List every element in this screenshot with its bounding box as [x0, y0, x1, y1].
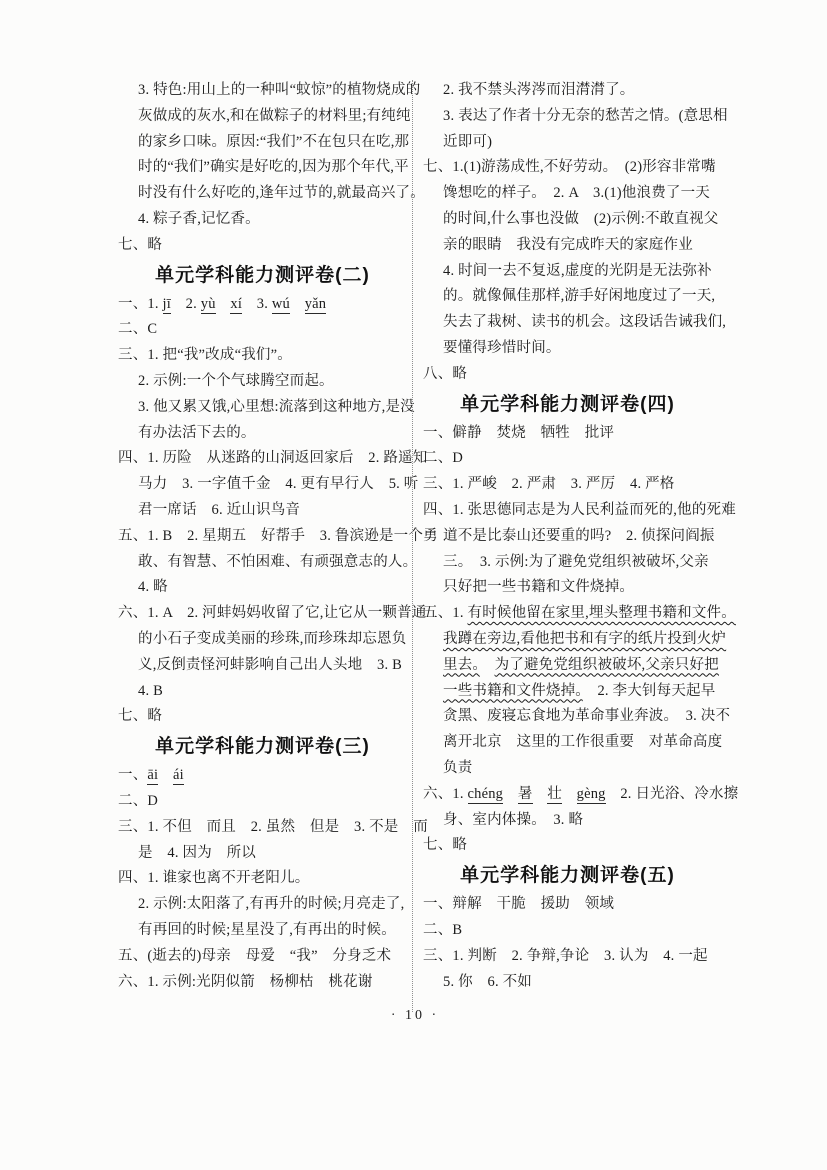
- underlined-answer: xí: [230, 296, 242, 314]
- answer-text: 一、僻静 焚烧 牺牲 批评: [423, 425, 614, 441]
- answer-line: 时的“我们”确实是好吃的,因为那个年代,平: [118, 155, 407, 181]
- answer-text: 只好把一些书籍和文件烧掉。: [443, 579, 634, 595]
- answer-text: 是 4. 因为 所以: [138, 845, 256, 861]
- answer-text: 二、C: [118, 321, 157, 337]
- answer-line: 一、僻静 焚烧 牺牲 批评: [423, 421, 712, 447]
- answer-text: 近即可): [443, 134, 492, 150]
- answer-line: 4. 略: [118, 575, 407, 601]
- underlined-answer: āi: [147, 767, 158, 785]
- page-content: 3. 特色:用山上的一种叫“蚊惊”的植物烧成的灰做成的灰水,和在做粽子的材料里;…: [118, 78, 712, 995]
- section-heading: 单元学科能力测评卷(四): [423, 388, 712, 421]
- answer-line: 我蹲在旁边,看他把书和有字的纸片投到火炉: [423, 627, 712, 653]
- answer-line: 3. 他又累又饿,心里想:流落到这种地方,是没: [118, 395, 407, 421]
- answer-line: 3. 特色:用山上的一种叫“蚊惊”的植物烧成的: [118, 78, 407, 104]
- underlined-answer: yǎn: [305, 296, 327, 314]
- answer-text: 马力 3. 一字值千金 4. 更有早行人 5. 听: [138, 476, 419, 492]
- underlined-answer: 里去。: [443, 657, 480, 673]
- answer-text: 离开北京 这里的工作很重要 对革命高度: [443, 734, 722, 750]
- answer-text: 灰做成的灰水,和在做粽子的材料里;有纯纯: [138, 108, 411, 124]
- answer-text: 有再回的时候;星星没了,有再出的时候。: [138, 922, 396, 938]
- answer-text: [480, 657, 495, 673]
- answer-line: 2. 我不禁头涔涔而泪潸潸了。: [423, 78, 712, 104]
- answer-line: 三、1. 判断 2. 争辩,争论 3. 认为 4. 一起: [423, 944, 712, 970]
- answer-text: 馋想吃的样子。 2. A 3.(1)他浪费了一天: [443, 185, 710, 201]
- answer-line: 三。 3. 示例:为了避免党组织被破坏,父亲: [423, 550, 712, 576]
- answer-line: 贪黑、废寝忘食地为革命事业奔波。 3. 决不: [423, 704, 712, 730]
- answer-line: 君一席话 6. 近山识鸟音: [118, 498, 407, 524]
- answer-text: 三、1. 把“我”改成“我们”。: [118, 347, 292, 363]
- answer-line: 有再回的时候;星星没了,有再出的时候。: [118, 918, 407, 944]
- answer-text: 一、1.: [118, 296, 163, 312]
- answer-text: 六、1. A 2. 河蚌妈妈收留了它,让它从一颗普通: [118, 605, 427, 621]
- answer-line: 一、1. jī 2. yù xí 3. wú yǎn: [118, 292, 407, 318]
- answer-text: 3. 表达了作者十分无奈的愁苦之情。(意思相: [443, 108, 728, 124]
- answer-text: 敢、有智慧、不怕困难、有顽强意志的人。: [138, 554, 417, 570]
- underlined-answer: 我蹲在旁边,看他把书和有字的纸片投到火炉: [443, 631, 726, 647]
- answer-text: 三、1. 不但 而且 2. 虽然 但是 3. 不是 而: [118, 819, 428, 835]
- section-heading: 单元学科能力测评卷(二): [118, 259, 407, 292]
- underlined-answer: 一些书籍和文件烧掉。: [443, 683, 583, 699]
- answer-line: 一、āi ái: [118, 763, 407, 789]
- answer-text: 的小石子变成美丽的珍珠,而珍珠却忘恩负: [138, 631, 406, 647]
- answer-line: 只好把一些书籍和文件烧掉。: [423, 575, 712, 601]
- section-heading: 单元学科能力测评卷(三): [118, 730, 407, 763]
- answer-text: 四、1. 历险 从迷路的山洞返回家后 2. 路遥知: [118, 450, 428, 466]
- underlined-answer: 暑: [518, 786, 533, 804]
- underlined-answer: chéng: [468, 786, 504, 804]
- answer-line: 的小石子变成美丽的珍珠,而珍珠却忘恩负: [118, 627, 407, 653]
- answer-line: 二、D: [118, 789, 407, 815]
- answer-text: 3.: [242, 296, 272, 312]
- answer-text: 一、: [118, 767, 147, 783]
- answer-text: 要懂得珍惜时间。: [443, 340, 561, 356]
- answer-line: 七、略: [118, 704, 407, 730]
- answer-text: 一、辩解 干脆 援助 领域: [423, 896, 614, 912]
- answer-line: 亲的眼睛 我没有完成昨天的家庭作业: [423, 233, 712, 259]
- answer-text: 时没有什么好吃的,逢年过节的,就最高兴了。: [138, 185, 425, 201]
- left-column: 3. 特色:用山上的一种叫“蚊惊”的植物烧成的灰做成的灰水,和在做粽子的材料里;…: [118, 78, 407, 995]
- answer-text: 四、1. 谁家也离不开老阳儿。: [118, 870, 310, 886]
- answer-line: 道不是比泰山还要重的吗? 2. 侦探问阎振: [423, 524, 712, 550]
- answer-line: 灰做成的灰水,和在做粽子的材料里;有纯纯: [118, 104, 407, 130]
- answer-text: 3. 他又累又饿,心里想:流落到这种地方,是没: [138, 399, 415, 415]
- answer-text: 五、(逝去的)母亲 母爱 “我” 分身乏术: [118, 948, 391, 964]
- answer-line: 有办法活下去的。: [118, 421, 407, 447]
- answer-line: 七、略: [423, 833, 712, 859]
- answer-text: 七、略: [118, 708, 162, 724]
- answer-text: 2. 示例:一个个气球腾空而起。: [138, 373, 334, 389]
- answer-line: 的时间,什么事也没做 (2)示例:不敢直视父: [423, 207, 712, 233]
- answer-text: 六、1. 示例:光阴似箭 杨柳枯 桃花谢: [118, 974, 373, 990]
- answer-text: 4. 粽子香,记忆香。: [138, 211, 260, 227]
- column-divider: [412, 80, 413, 1012]
- answer-line: 失去了栽树、读书的机会。这段话告诫我们,: [423, 310, 712, 336]
- right-column: 2. 我不禁头涔涔而泪潸潸了。3. 表达了作者十分无奈的愁苦之情。(意思相近即可…: [423, 78, 712, 995]
- answer-text: 2.: [171, 296, 201, 312]
- answer-text: 二、B: [423, 922, 462, 938]
- answer-text: 5. 你 6. 不如: [443, 974, 532, 990]
- answer-line: 五、1. 有时候他留在家里,埋头整理书籍和文件。: [423, 601, 712, 627]
- answer-line: 义,反倒责怪河蚌影响自己出人头地 3. B: [118, 653, 407, 679]
- answer-text: 亲的眼睛 我没有完成昨天的家庭作业: [443, 237, 693, 253]
- answer-line: 四、1. 张思德同志是为人民利益而死的,他的死难: [423, 498, 712, 524]
- answer-line: 4. 时间一去不复返,虚度的光阴是无法弥补: [423, 259, 712, 285]
- answer-line: 八、略: [423, 362, 712, 388]
- answer-text: 三、1. 判断 2. 争辩,争论 3. 认为 4. 一起: [423, 948, 708, 964]
- answer-line: 是 4. 因为 所以: [118, 841, 407, 867]
- answer-line: 五、1. B 2. 星期五 好帮手 3. 鲁滨逊是一个勇: [118, 524, 407, 550]
- answer-text: 义,反倒责怪河蚌影响自己出人头地 3. B: [138, 657, 402, 673]
- underlined-answer: 有时候他留在家里,埋头整理书籍和文件。: [468, 605, 736, 621]
- answer-text: 三、1. 严峻 2. 严肃 3. 严厉 4. 严格: [423, 476, 675, 492]
- answer-line: 一些书籍和文件烧掉。 2. 李大钊每天起早: [423, 679, 712, 705]
- answer-text: [216, 296, 231, 312]
- answer-text: [503, 786, 518, 802]
- answer-line: 2. 示例:一个个气球腾空而起。: [118, 369, 407, 395]
- answer-text: 八、略: [423, 366, 467, 382]
- answer-line: 3. 表达了作者十分无奈的愁苦之情。(意思相: [423, 104, 712, 130]
- answer-text: 七、1.(1)游荡成性,不好劳动。 (2)形容非常嘴: [423, 159, 716, 175]
- answer-line: 四、1. 谁家也离不开老阳儿。: [118, 866, 407, 892]
- answer-line: 4. B: [118, 679, 407, 705]
- section-heading: 单元学科能力测评卷(五): [423, 859, 712, 892]
- answer-text: 的家乡口味。原因:“我们”不在包只在吃,那: [138, 134, 409, 150]
- answer-text: 五、1.: [423, 605, 468, 621]
- answer-line: 五、(逝去的)母亲 母爱 “我” 分身乏术: [118, 944, 407, 970]
- answer-text: 有办法活下去的。: [138, 425, 256, 441]
- answer-line: 一、辩解 干脆 援助 领域: [423, 892, 712, 918]
- answer-line: 近即可): [423, 130, 712, 156]
- answer-line: 七、1.(1)游荡成性,不好劳动。 (2)形容非常嘴: [423, 155, 712, 181]
- answer-text: 2. 我不禁头涔涔而泪潸潸了。: [443, 82, 635, 98]
- answer-text: 4. B: [138, 683, 163, 699]
- answer-text: [158, 767, 173, 783]
- answer-text: 四、1. 张思德同志是为人民利益而死的,他的死难: [423, 502, 736, 518]
- answer-line: 的家乡口味。原因:“我们”不在包只在吃,那: [118, 130, 407, 156]
- answer-text: 七、略: [423, 837, 467, 853]
- answer-text: 4. 时间一去不复返,虚度的光阴是无法弥补: [443, 263, 712, 279]
- answer-line: 二、B: [423, 918, 712, 944]
- answer-line: 六、1. chéng 暑 壮 gèng 2. 日光浴、冷水擦: [423, 782, 712, 808]
- answer-key-page: 3. 特色:用山上的一种叫“蚊惊”的植物烧成的灰做成的灰水,和在做粽子的材料里;…: [0, 0, 827, 1170]
- answer-text: 的。就像佩佳那样,游手好闲地度过了一天,: [443, 288, 715, 304]
- answer-text: 3. 特色:用山上的一种叫“蚊惊”的植物烧成的: [138, 82, 421, 98]
- answer-text: 时的“我们”确实是好吃的,因为那个年代,平: [138, 159, 409, 175]
- answer-text: 君一席话 6. 近山识鸟音: [138, 502, 300, 518]
- answer-text: 二、D: [118, 793, 158, 809]
- answer-line: 三、1. 把“我”改成“我们”。: [118, 343, 407, 369]
- underlined-answer: gèng: [577, 786, 606, 804]
- underlined-answer: 为了避免党组织被破坏,父亲只好把: [495, 657, 719, 673]
- answer-text: 2. 李大钊每天起早: [583, 683, 716, 699]
- underlined-answer: wú: [272, 296, 290, 314]
- answer-line: 六、1. A 2. 河蚌妈妈收留了它,让它从一颗普通: [118, 601, 407, 627]
- answer-text: [290, 296, 305, 312]
- answer-line: 2. 示例:太阳落了,有再升的时候;月亮走了,: [118, 892, 407, 918]
- answer-line: 时没有什么好吃的,逢年过节的,就最高兴了。: [118, 181, 407, 207]
- answer-line: 里去。 为了避免党组织被破坏,父亲只好把: [423, 653, 712, 679]
- answer-text: 贪黑、废寝忘食地为革命事业奔波。 3. 决不: [443, 708, 730, 724]
- answer-line: 三、1. 不但 而且 2. 虽然 但是 3. 不是 而: [118, 815, 407, 841]
- answer-text: 的时间,什么事也没做 (2)示例:不敢直视父: [443, 211, 718, 227]
- answer-text: [533, 786, 548, 802]
- underlined-answer: jī: [163, 296, 171, 314]
- answer-line: 负责: [423, 756, 712, 782]
- underlined-answer: ái: [173, 767, 184, 785]
- answer-line: 馋想吃的样子。 2. A 3.(1)他浪费了一天: [423, 181, 712, 207]
- answer-text: 负责: [443, 760, 472, 776]
- answer-line: 七、略: [118, 233, 407, 259]
- answer-text: 七、略: [118, 237, 162, 253]
- page-number: · 10 ·: [118, 1008, 712, 1024]
- answer-text: [562, 786, 577, 802]
- answer-line: 的。就像佩佳那样,游手好闲地度过了一天,: [423, 284, 712, 310]
- answer-text: 2. 示例:太阳落了,有再升的时候;月亮走了,: [138, 896, 404, 912]
- underlined-answer: yù: [201, 296, 216, 314]
- answer-line: 5. 你 6. 不如: [423, 970, 712, 996]
- answer-line: 三、1. 严峻 2. 严肃 3. 严厉 4. 严格: [423, 472, 712, 498]
- answer-line: 身、室内体操。 3. 略: [423, 808, 712, 834]
- answer-text: 2. 日光浴、冷水擦: [606, 786, 739, 802]
- answer-text: 二、D: [423, 450, 463, 466]
- answer-line: 马力 3. 一字值千金 4. 更有早行人 5. 听: [118, 472, 407, 498]
- answer-text: 失去了栽树、读书的机会。这段话告诫我们,: [443, 314, 726, 330]
- answer-line: 二、C: [118, 317, 407, 343]
- answer-text: 三。 3. 示例:为了避免党组织被破坏,父亲: [443, 554, 709, 570]
- underlined-answer: 壮: [547, 786, 562, 804]
- answer-text: 六、1.: [423, 786, 468, 802]
- answer-text: 身、室内体操。 3. 略: [443, 812, 583, 828]
- answer-text: 道不是比泰山还要重的吗? 2. 侦探问阎振: [443, 528, 715, 544]
- answer-line: 离开北京 这里的工作很重要 对革命高度: [423, 730, 712, 756]
- answer-line: 要懂得珍惜时间。: [423, 336, 712, 362]
- answer-line: 4. 粽子香,记忆香。: [118, 207, 407, 233]
- answer-line: 敢、有智慧、不怕困难、有顽强意志的人。: [118, 550, 407, 576]
- answer-text: 4. 略: [138, 579, 168, 595]
- answer-line: 四、1. 历险 从迷路的山洞返回家后 2. 路遥知: [118, 446, 407, 472]
- answer-text: 五、1. B 2. 星期五 好帮手 3. 鲁滨逊是一个勇: [118, 528, 438, 544]
- answer-line: 六、1. 示例:光阴似箭 杨柳枯 桃花谢: [118, 970, 407, 996]
- answer-line: 二、D: [423, 446, 712, 472]
